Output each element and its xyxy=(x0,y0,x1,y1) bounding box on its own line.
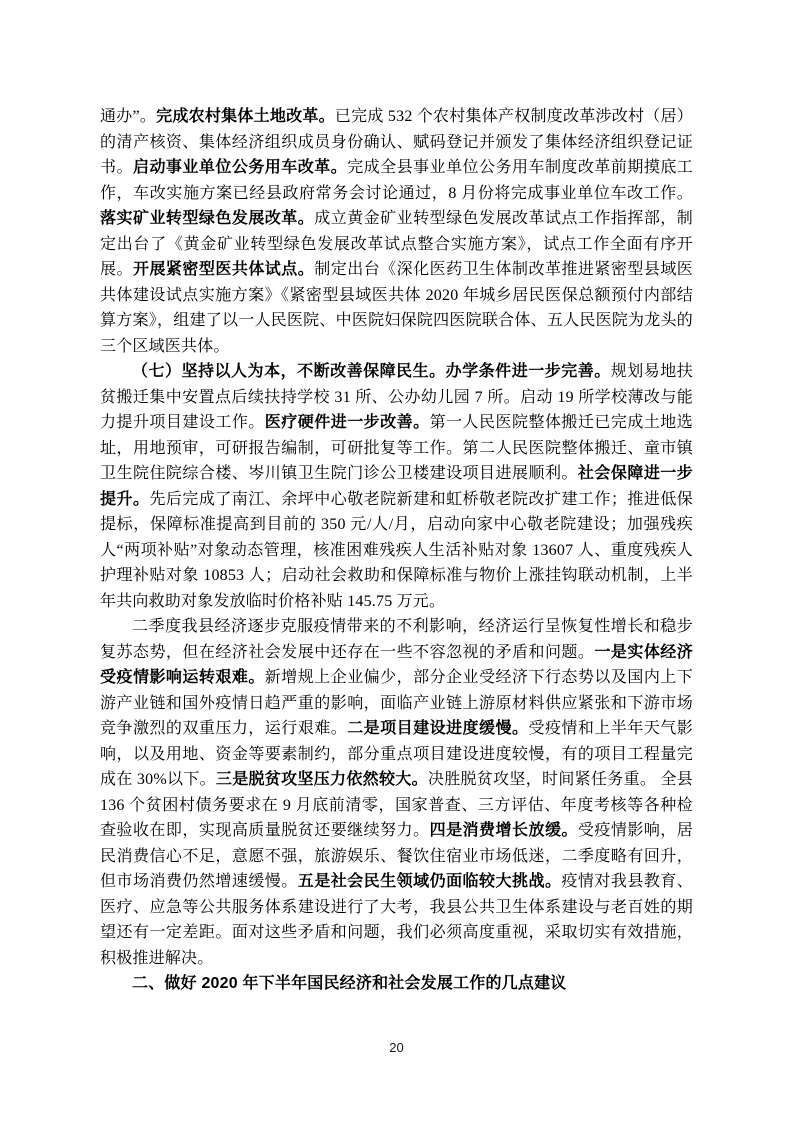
bold-text-run: （七）坚持以人为本，不断改善保障民生。办学条件进一步完善。 xyxy=(132,363,611,380)
bold-text-run: 二、做好 2020 年下半年国民经济和社会发展工作的几点建议 xyxy=(132,975,567,992)
document-content: 通办”。完成农村集体土地改革。已完成 532 个农村集体产权制度改革涉改村（居）… xyxy=(100,104,693,997)
bold-text-run: 五是社会民生领域仍面临较大挑战。 xyxy=(298,873,562,890)
body-paragraph: 二季度我县经济逐步克服疫情带来的不利影响，经济运行呈恢复性增长和稳步复苏态势，但… xyxy=(100,614,693,971)
section-heading: 二、做好 2020 年下半年国民经济和社会发展工作的几点建议 xyxy=(100,971,693,997)
bold-text-run: 开展紧密型医共体试点。 xyxy=(133,261,314,278)
bold-text-run: 启动事业单位公务用车改革。 xyxy=(133,159,347,176)
text-run: 通办”。 xyxy=(100,108,156,125)
body-paragraph: 通办”。完成农村集体土地改革。已完成 532 个农村集体产权制度改革涉改村（居）… xyxy=(100,104,693,359)
bold-text-run: 三是脱贫攻坚压力依然较大。 xyxy=(216,771,428,788)
bold-text-run: 二是项目建设进度缓慢。 xyxy=(347,720,528,737)
document-page: 通办”。完成农村集体土地改革。已完成 532 个农村集体产权制度改革涉改村（居）… xyxy=(0,0,793,1122)
bold-text-run: 完成农村集体土地改革。 xyxy=(156,108,335,125)
body-paragraph: （七）坚持以人为本，不断改善保障民生。办学条件进一步完善。规划易地扶贫搬迁集中安… xyxy=(100,359,693,614)
text-run: 先后完成了南江、余坪中心敬老院新建和虹桥敬老院改扩建工作；推进低保提标，保障标准… xyxy=(100,491,693,610)
bold-text-run: 四是消费增长放缓。 xyxy=(430,822,578,839)
bold-text-run: 落实矿业转型绿色发展改革。 xyxy=(100,210,314,227)
page-number: 20 xyxy=(0,1040,793,1055)
bold-text-run: 医疗硬件进一步改善。 xyxy=(265,414,430,431)
